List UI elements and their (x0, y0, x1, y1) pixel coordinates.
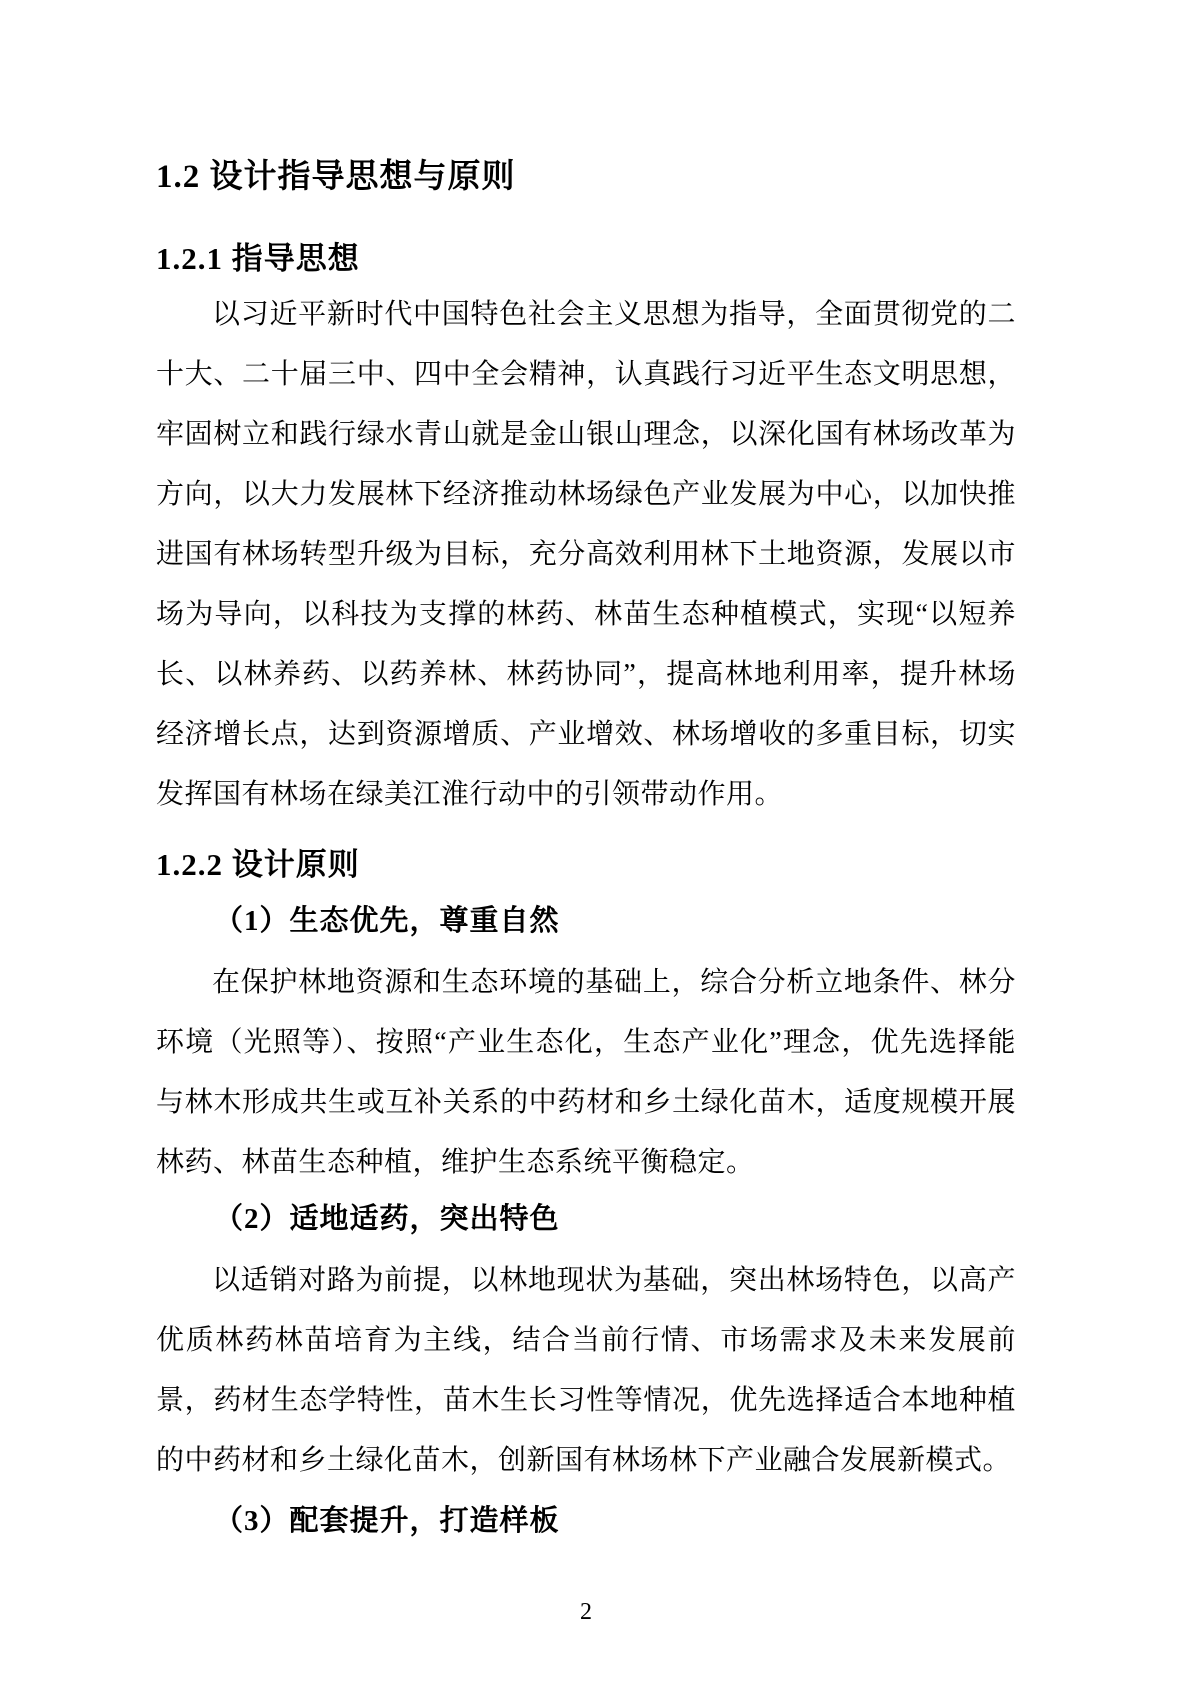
principle-3-heading: （3）配套提升，打造样板 (156, 1503, 1016, 1541)
subsection-heading-1-2-2: 1.2.2 设计原则 (156, 845, 1016, 885)
document-page: 1.2 设计指导思想与原则 1.2.1 指导思想 以习近平新时代中国特色社会主义… (0, 0, 1190, 1683)
page-number: 2 (156, 1597, 1016, 1627)
section-heading-1-2: 1.2 设计指导思想与原则 (156, 156, 1016, 199)
paragraph-guiding-ideology: 以习近平新时代中国特色社会主义思想为指导，全面贯彻党的二十大、二十届三中、四中全… (156, 285, 1016, 825)
document-content: 1.2 设计指导思想与原则 1.2.1 指导思想 以习近平新时代中国特色社会主义… (156, 156, 1016, 1541)
principle-2-heading: （2）适地适药，突出特色 (156, 1201, 1016, 1239)
principle-1-paragraph: 在保护林地资源和生态环境的基础上，综合分析立地条件、林分环境（光照等）、按照“产… (156, 953, 1016, 1193)
principle-1-heading: （1）生态优先，尊重自然 (156, 903, 1016, 941)
principle-2-paragraph: 以适销对路为前提，以林地现状为基础，突出林场特色，以高产优质林药林苗培育为主线，… (156, 1251, 1016, 1491)
subsection-heading-1-2-1: 1.2.1 指导思想 (156, 239, 1016, 279)
